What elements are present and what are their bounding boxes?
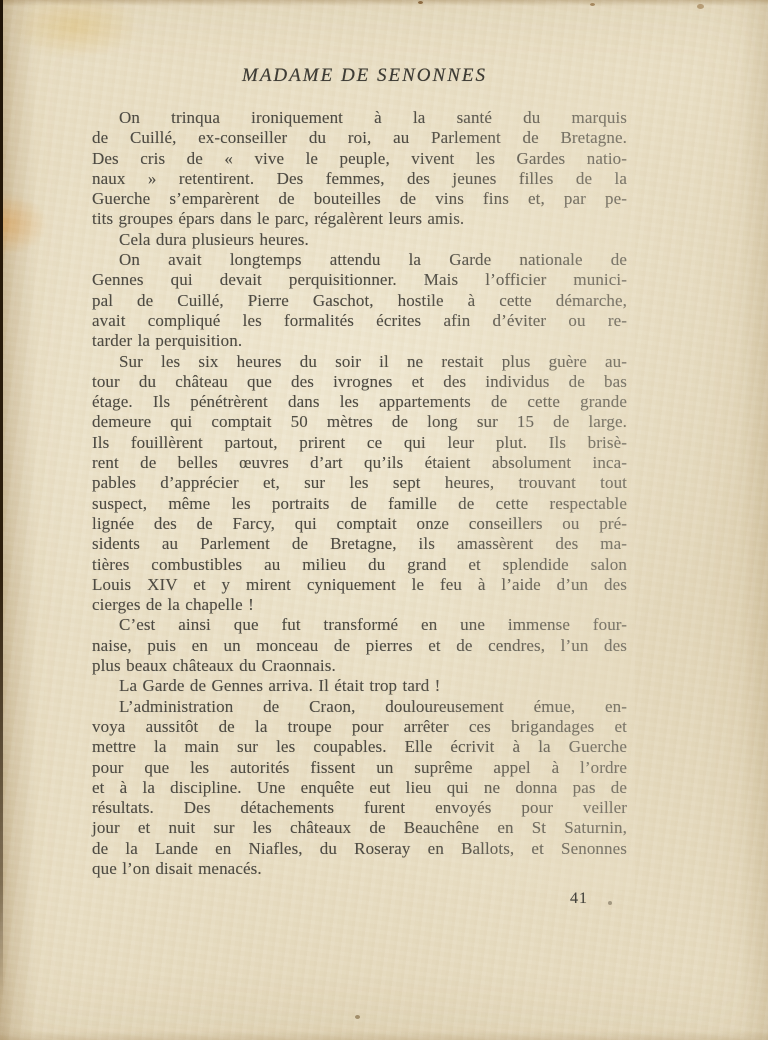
text-line: tits groupes épars dans le parc, régalèr… (92, 209, 627, 229)
text-line: lignée des de Farcy, qui comptait onze c… (92, 514, 627, 534)
paragraph: L’administration de Craon, douloureuseme… (92, 697, 627, 880)
text-block: On trinqua ironiquement à la santé du ma… (92, 108, 627, 879)
text-line: résultats. Des détachements furent envoy… (92, 798, 627, 818)
text-line: Ils fouillèrent partout, prirent ce qui … (92, 433, 627, 453)
text-line: demeure qui comptait 50 mètres de long s… (92, 412, 627, 432)
text-line: Des cris de « vive le peuple, vivent les… (92, 149, 627, 169)
binding-edge-shadow (0, 0, 3, 1040)
text-line: cierges de la chapelle ! (92, 595, 627, 615)
text-line: avait compliqué les formalités écrites a… (92, 311, 627, 331)
text-line: pour que les autorités fissent un suprêm… (92, 758, 627, 778)
text-line: naux » retentirent. Des femmes, des jeun… (92, 169, 627, 189)
paragraph: Sur les six heures du soir il ne restait… (92, 352, 627, 616)
text-line: tarder la perquisition. (92, 331, 627, 351)
text-line: tour du château que des ivrognes et des … (92, 372, 627, 392)
text-line: suspect, même les portraits de famille d… (92, 494, 627, 514)
text-line: Sur les six heures du soir il ne restait… (92, 352, 627, 372)
paragraph: On trinqua ironiquement à la santé du ma… (92, 108, 627, 230)
text-line: voya aussitôt de la troupe pour arrêter … (92, 717, 627, 737)
text-line: de Cuillé, ex-conseiller du roi, au Parl… (92, 128, 627, 148)
text-line: étage. Ils pénétrèrent dans les appartem… (92, 392, 627, 412)
paragraph: C’est ainsi que fut transformé en une im… (92, 615, 627, 676)
text-line: Guerche s’emparèrent de bouteilles de vi… (92, 189, 627, 209)
text-line: L’administration de Craon, douloureuseme… (92, 697, 627, 717)
text-line: naise, puis en un monceau de pierres et … (92, 636, 627, 656)
paper-speck (355, 1015, 360, 1019)
text-line: On trinqua ironiquement à la santé du ma… (92, 108, 627, 128)
page-number: 41 (538, 890, 588, 908)
text-line: mettre la main sur les coupables. Elle é… (92, 737, 627, 757)
text-line: pal de Cuillé, Pierre Gaschot, hostile à… (92, 291, 627, 311)
text-line: Cela dura plusieurs heures. (92, 230, 627, 250)
text-line: Louis XIV et y mirent cyniquement le feu… (92, 575, 627, 595)
text-line: sidents au Parlement de Bretagne, ils am… (92, 534, 627, 554)
text-line: et à la discipline. Une enquête eut lieu… (92, 778, 627, 798)
text-line: C’est ainsi que fut transformé en une im… (92, 615, 627, 635)
book-page: MADAME DE SENONNES On trinqua ironiqueme… (0, 0, 768, 1040)
text-line: que l’on disait menacés. (92, 859, 627, 879)
text-line: de la Lande en Niafles, du Roseray en Ba… (92, 839, 627, 859)
paragraph: Cela dura plusieurs heures. (92, 230, 627, 250)
text-line: Gennes qui devait perquisitionner. Mais … (92, 270, 627, 290)
text-line: On avait longtemps attendu la Garde nati… (92, 250, 627, 270)
text-line: tières combustibles au milieu du grand e… (92, 555, 627, 575)
text-line: rent de belles œuvres d’art qu’ils étaie… (92, 453, 627, 473)
text-line: jour et nuit sur les châteaux de Beauchê… (92, 818, 627, 838)
page-number-dot-mark (608, 901, 612, 905)
running-header: MADAME DE SENONNES (92, 65, 637, 87)
text-line: plus beaux châteaux du Craonnais. (92, 656, 627, 676)
text-line: La Garde de Gennes arriva. Il était trop… (92, 676, 627, 696)
text-line: pables d’apprécier et, sur les sept heur… (92, 473, 627, 493)
paragraph: On avait longtemps attendu la Garde nati… (92, 250, 627, 351)
paragraph: La Garde de Gennes arriva. Il était trop… (92, 676, 627, 696)
foxing-specks (418, 1, 423, 4)
